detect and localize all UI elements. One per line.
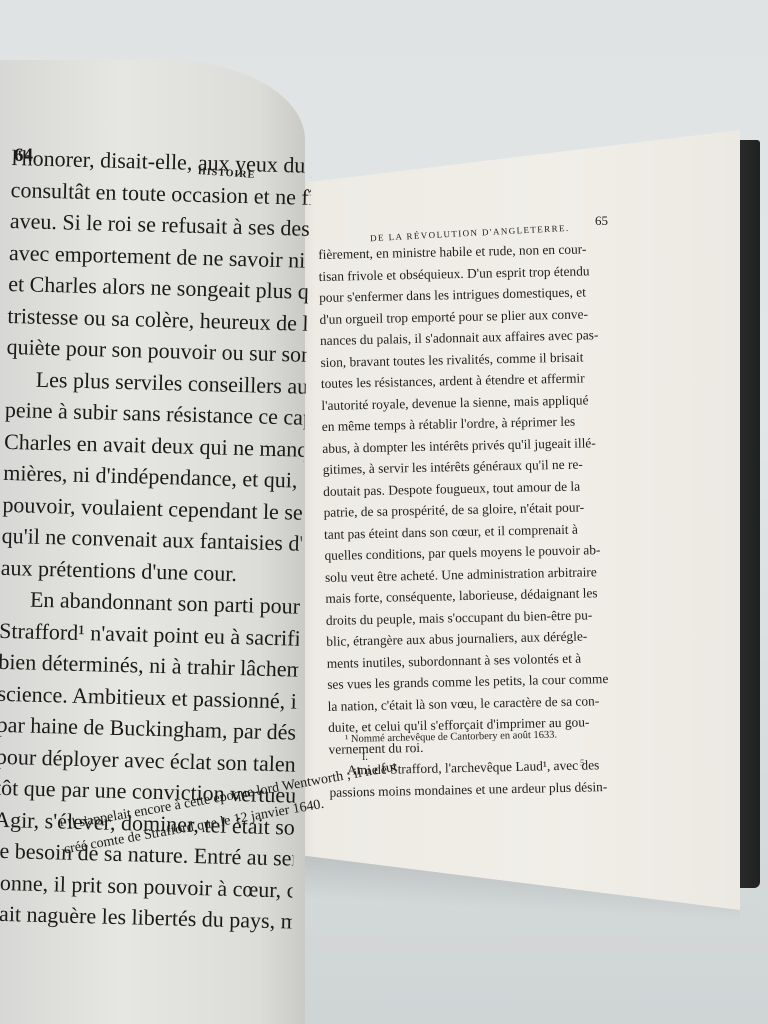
right-page-body: fièrement, en ministre habile et rude, n… <box>318 235 755 803</box>
signature-number: 5 <box>580 758 585 768</box>
photo-scene: DE LA RÉVOLUTION D'ANGLETERRE. 65 fièrem… <box>0 0 768 1024</box>
right-page-number: 65 <box>595 213 608 229</box>
